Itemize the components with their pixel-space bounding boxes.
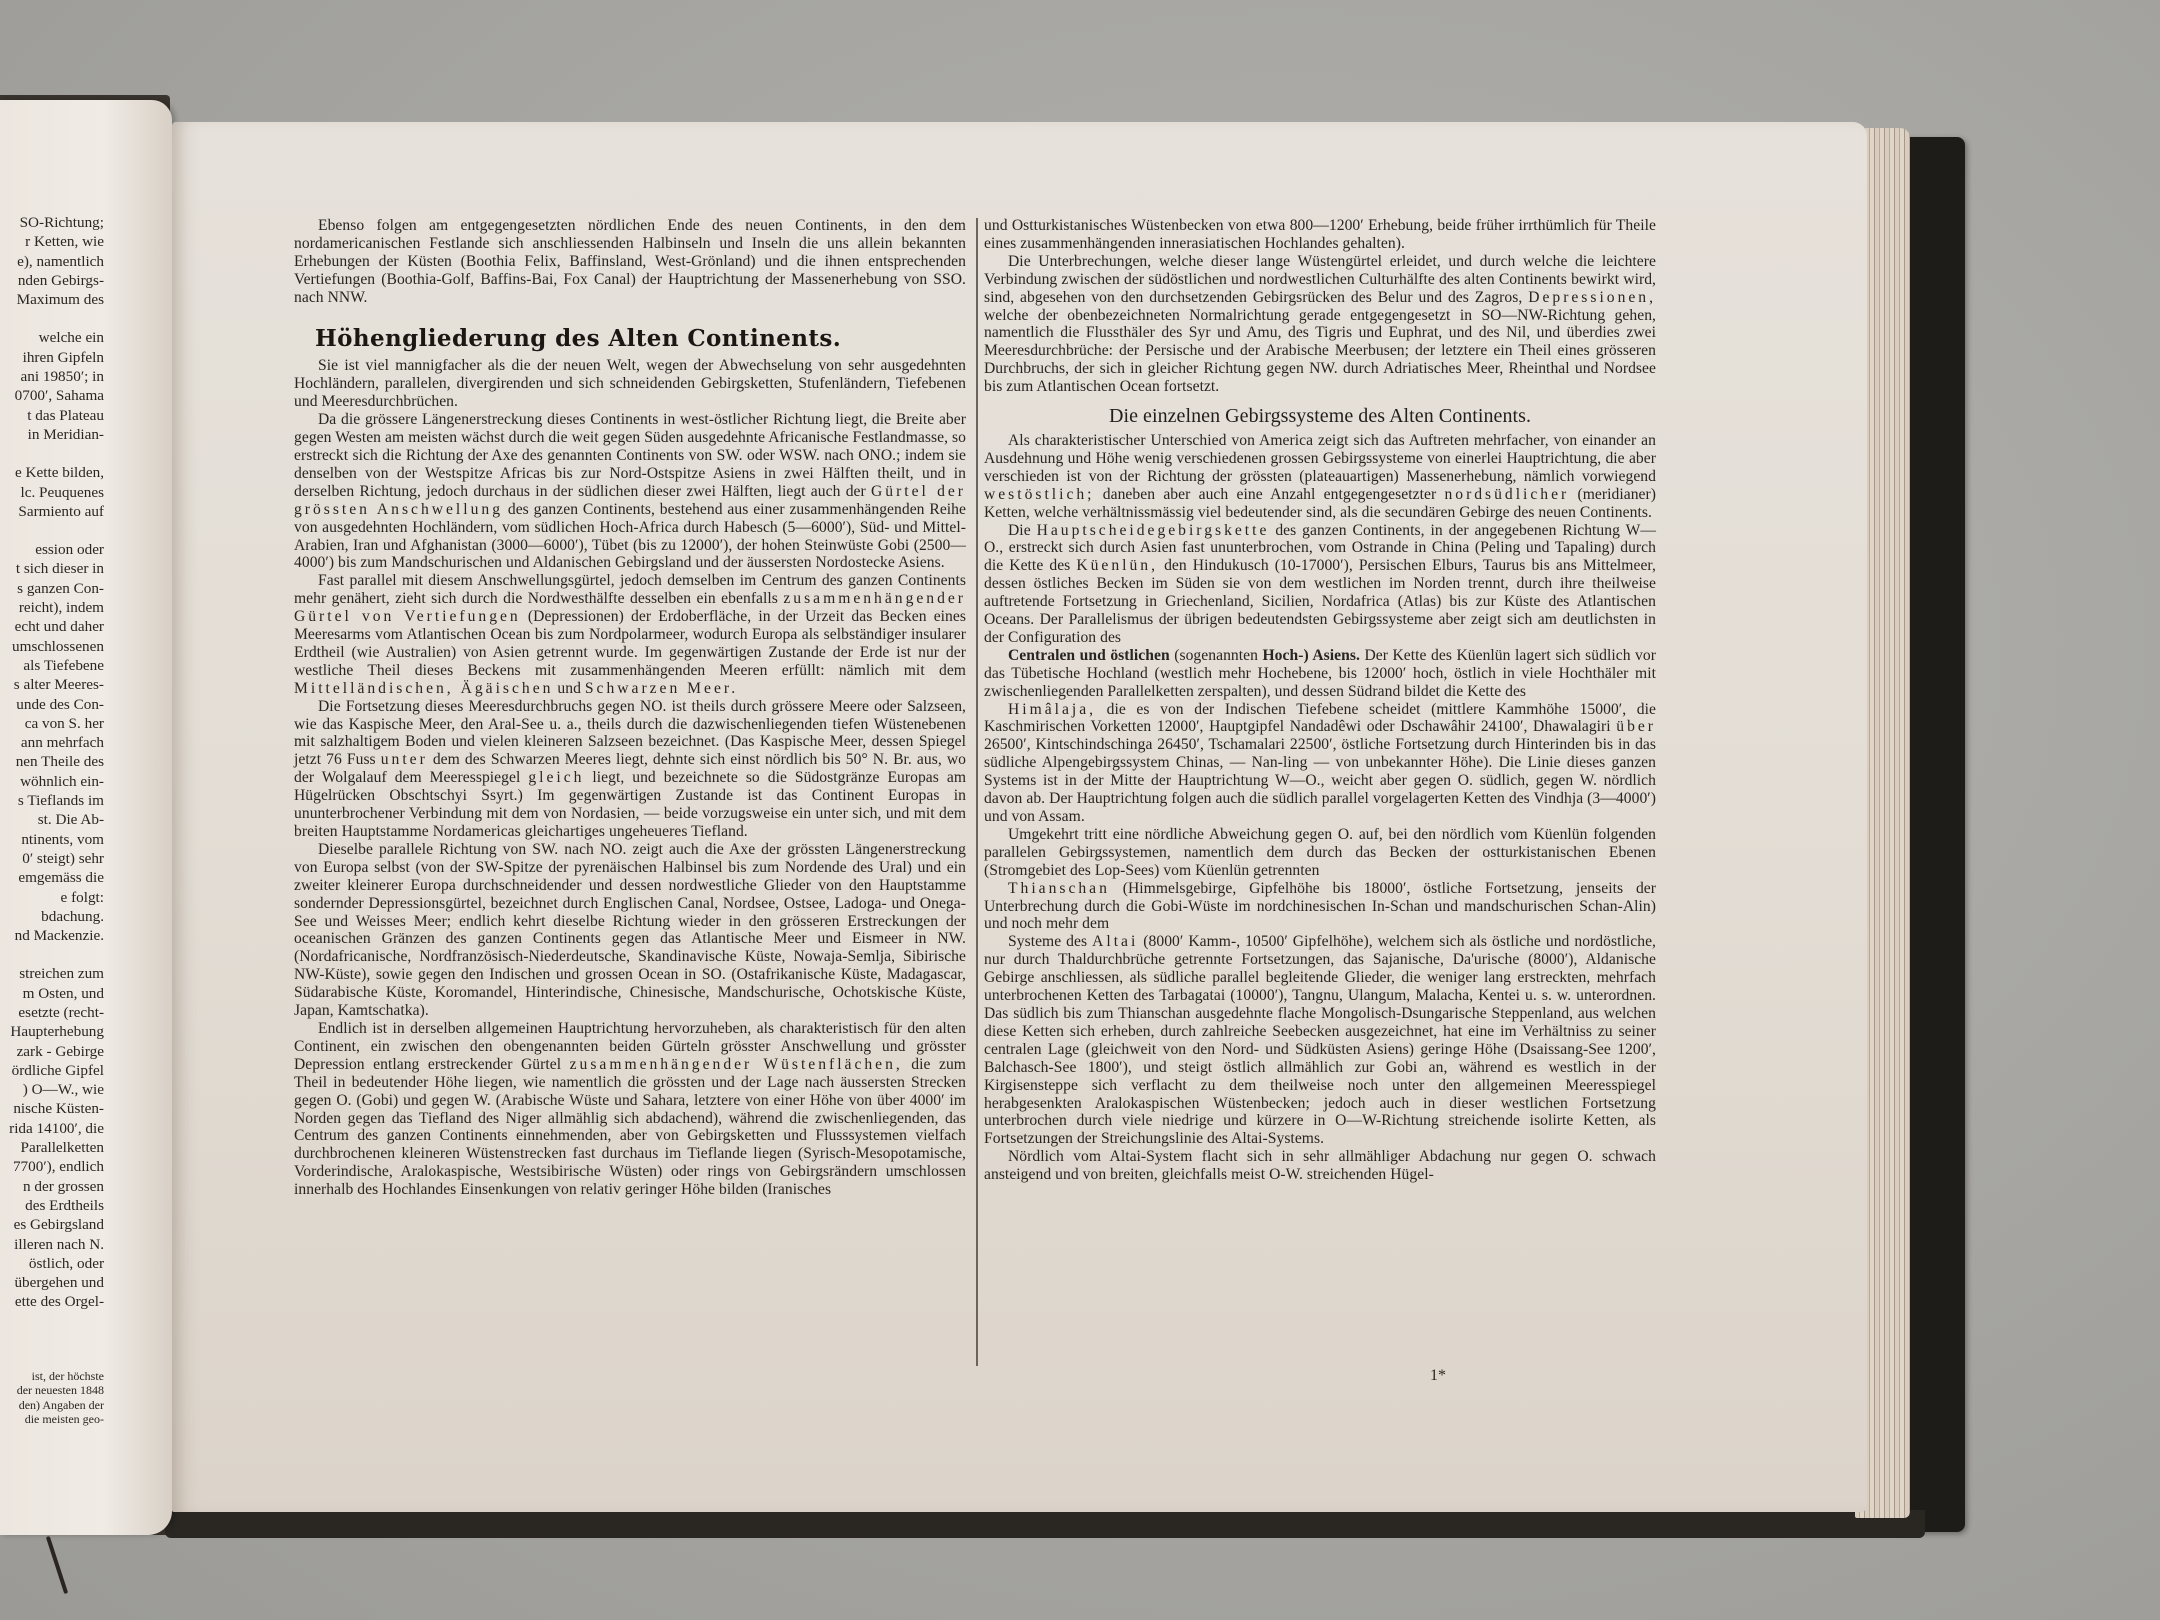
left-block-5: streichen zum m Osten, und esetzte (rech… — [0, 964, 104, 1311]
left-page-text-fragment: SO-Richtung; r Ketten, wie e), namentlic… — [0, 213, 104, 1427]
emphasis-spaced: Depressionen, — [1528, 289, 1656, 306]
paragraph: Dieselbe parallele Richtung von SW. nach… — [294, 841, 966, 1020]
emphasis-spaced: Altai — [1092, 933, 1138, 950]
paragraph: Umgekehrt tritt eine nördliche Abweichun… — [984, 826, 1656, 880]
left-page: SO-Richtung; r Ketten, wie e), namentlic… — [0, 100, 172, 1535]
emphasis-spaced: Hauptscheidegebirgskette — [1037, 522, 1270, 539]
emphasis-spaced: unter — [381, 751, 428, 768]
paragraph: Himâlaja, die es von der Indischen Tiefe… — [984, 701, 1656, 826]
section-heading-hoehengliederung: Höhengliederung des Alten Continents. — [315, 330, 966, 348]
paragraph: Die Unterbrechungen, welche dieser lange… — [984, 253, 1656, 396]
emphasis-spaced: über — [1616, 718, 1656, 735]
left-block-3: e Kette bilden, lc. Peuquenes Sarmiento … — [0, 463, 104, 521]
emphasis-bold: Centralen und östlichen — [1008, 647, 1170, 664]
left-block-1: SO-Richtung; r Ketten, wie e), namentlic… — [0, 213, 104, 309]
left-block-2: welche ein ihren Gipfeln ani 19850′; in … — [0, 328, 104, 444]
emphasis-spaced: Thianschan — [1008, 880, 1110, 897]
emphasis-spaced: Himâlaja, — [1008, 701, 1096, 718]
paragraph: Als charakteristischer Unterschied von A… — [984, 432, 1656, 522]
emphasis-spaced: Mittelländischen, Ägäischen — [294, 680, 553, 697]
right-page: Ebenso folgen am entgegengesetzten nördl… — [172, 122, 1867, 1512]
paragraph: und Ostturkistanisches Wüstenbecken von … — [984, 217, 1656, 253]
emphasis-spaced: Küenlün, — [1076, 557, 1158, 574]
section-heading-gebirgssysteme: Die einzelnen Gebirgssysteme des Alten C… — [984, 408, 1656, 426]
paragraph: Fast parallel mit diesem Anschwellungsgü… — [294, 572, 966, 697]
paragraph: Sie ist viel mannigfacher als die der ne… — [294, 357, 966, 411]
page-number: 1* — [1430, 1367, 1446, 1385]
emphasis-spaced: gleich — [528, 769, 584, 786]
paragraph: Systeme des Altai (8000′ Kamm-, 10500′ G… — [984, 933, 1656, 1148]
text-column-left: Ebenso folgen am entgegengesetzten nördl… — [294, 217, 966, 1199]
emphasis-spaced: westöstlich; — [984, 486, 1095, 503]
emphasis-bold: Hoch-) Asiens. — [1262, 647, 1359, 664]
book-cover-bottom — [165, 1510, 1925, 1538]
left-footnote: ist, der höchste der neuesten 1848 den) … — [0, 1369, 104, 1427]
column-divider — [976, 218, 978, 1366]
paragraph: Nördlich vom Altai-System flacht sich in… — [984, 1148, 1656, 1184]
paragraph: Centralen und östlichen (sogenannten Hoc… — [984, 647, 1656, 701]
paragraph: Die Fortsetzung dieses Meeresdurchbruchs… — [294, 698, 966, 841]
emphasis-spaced: Schwarzen Meer. — [585, 680, 738, 697]
paragraph: Endlich ist in derselben allgemeinen Hau… — [294, 1020, 966, 1199]
text-column-right: und Ostturkistanisches Wüstenbecken von … — [984, 217, 1656, 1184]
paragraph: Da die grössere Längenerstreckung dieses… — [294, 411, 966, 572]
emphasis-spaced: zusammenhängender Wüstenflächen, — [570, 1056, 903, 1073]
left-block-4: ession oder t sich dieser in s ganzen Co… — [0, 540, 104, 945]
emphasis-spaced: nordsüdlicher — [1444, 486, 1569, 503]
paragraph: Thianschan (Himmelsgebirge, Gipfelhöhe b… — [984, 880, 1656, 934]
intro-paragraph: Ebenso folgen am entgegengesetzten nördl… — [294, 217, 966, 307]
paragraph: Die Hauptscheidegebirgskette des ganzen … — [984, 522, 1656, 647]
